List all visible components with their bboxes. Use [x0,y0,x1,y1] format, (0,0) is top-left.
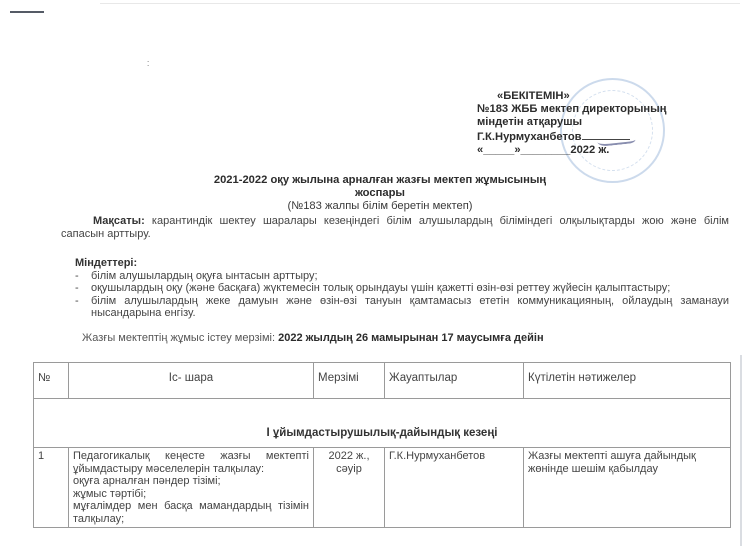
aim-label: Мақсаты: [93,215,145,227]
row-responsible: Г.К.Нурмуханбетов [385,448,524,528]
scan-edge [100,3,740,4]
approval-line-position: №183 ЖББ мектеп директорының [477,103,737,116]
tasks-list: білім алушылардың оқуға ынтасын арттыру;… [75,270,729,319]
header-responsible: Жауаптылар [385,363,524,399]
header-number: № [34,363,69,399]
header-activity: Іс- шара [69,363,314,399]
activity-line: талқылау; [73,513,309,526]
scan-speck: ⁚ [147,60,149,68]
activity-line: Педагогикалық кеңесте жазғы мектепті [73,450,309,463]
approval-block: «БЕКІТЕМІН» №183 ЖББ мектеп директорының… [477,90,737,157]
activity-line: мұғалімдер мен басқа мамандардың тізімін [73,500,309,513]
deadline-year: 2022 ж., [318,450,380,463]
aim-text: карантиндік шектеу шаралары кезеңіндегі … [61,215,729,240]
document-title-line2: жоспары [180,187,580,200]
activity-line: оқуға арналған пәндер тізімі; [73,475,309,488]
work-period: Жазғы мектептің жұмыс істеу мерзімі: 202… [82,332,544,344]
row-deadline: 2022 ж., сәуір [314,448,385,528]
task-item: білім алушылардың оқуға ынтасын арттыру; [75,270,729,282]
tasks-heading: Міндеттері: [75,257,137,269]
header-deadline: Мерзімі [314,363,385,399]
section-title: І ұйымдастырушылық-дайындық кезеңі [34,399,731,448]
table-row: 1 Педагогикалық кеңесте жазғы мектепті ұ… [34,448,731,528]
approval-line-role: міндетін атқарушы [477,116,737,129]
approval-title: «БЕКІТЕМІН» [477,90,737,103]
row-activity: Педагогикалық кеңесте жазғы мектепті ұйы… [69,448,314,528]
scan-edge-right [740,355,742,546]
table-header-row: № Іс- шара Мерзімі Жауаптылар Күтілетін … [34,363,731,399]
aim-paragraph: Мақсаты: карантиндік шектеу шаралары кез… [61,215,729,241]
work-period-label: Жазғы мектептің жұмыс істеу мерзімі: [82,332,278,344]
task-item: оқушылардың оқу (және басқаға) жүктемесі… [75,282,729,294]
activity-line: ұйымдастыру мәселелерін талқылау: [73,463,309,476]
activity-line: жұмыс тәртібі; [73,488,309,501]
task-item: білім алушылардың жеке дамуын және өзін-… [75,295,729,320]
document-title: 2021-2022 оқу жылына арналған жазғы мект… [180,174,580,200]
scan-mark [10,11,44,13]
approval-date-blank: «_____»________ [477,144,570,156]
document-subtitle: (№183 жалпы білім беретін мектеп) [180,200,580,213]
row-expected-result: Жазғы мектепті ашуға дайындық жөнінде ше… [524,448,731,528]
header-expected-results: Күтілетін нәтижелер [524,363,731,399]
work-period-value: 2022 жылдың 26 мамырынан 17 маусымға дей… [278,332,544,344]
section-row: І ұйымдастырушылық-дайындық кезеңі [34,399,731,448]
row-number: 1 [34,448,69,528]
plan-table: № Іс- шара Мерзімі Жауаптылар Күтілетін … [33,362,731,528]
deadline-month: сәуір [318,463,380,476]
scanned-document-page: ⁚ «БЕКІТЕМІН» №183 ЖББ мектеп директорын… [0,0,750,546]
approval-signer: Г.К.Нурмуханбетов [477,131,582,143]
document-title-line1: 2021-2022 оқу жылына арналған жазғы мект… [180,174,580,187]
